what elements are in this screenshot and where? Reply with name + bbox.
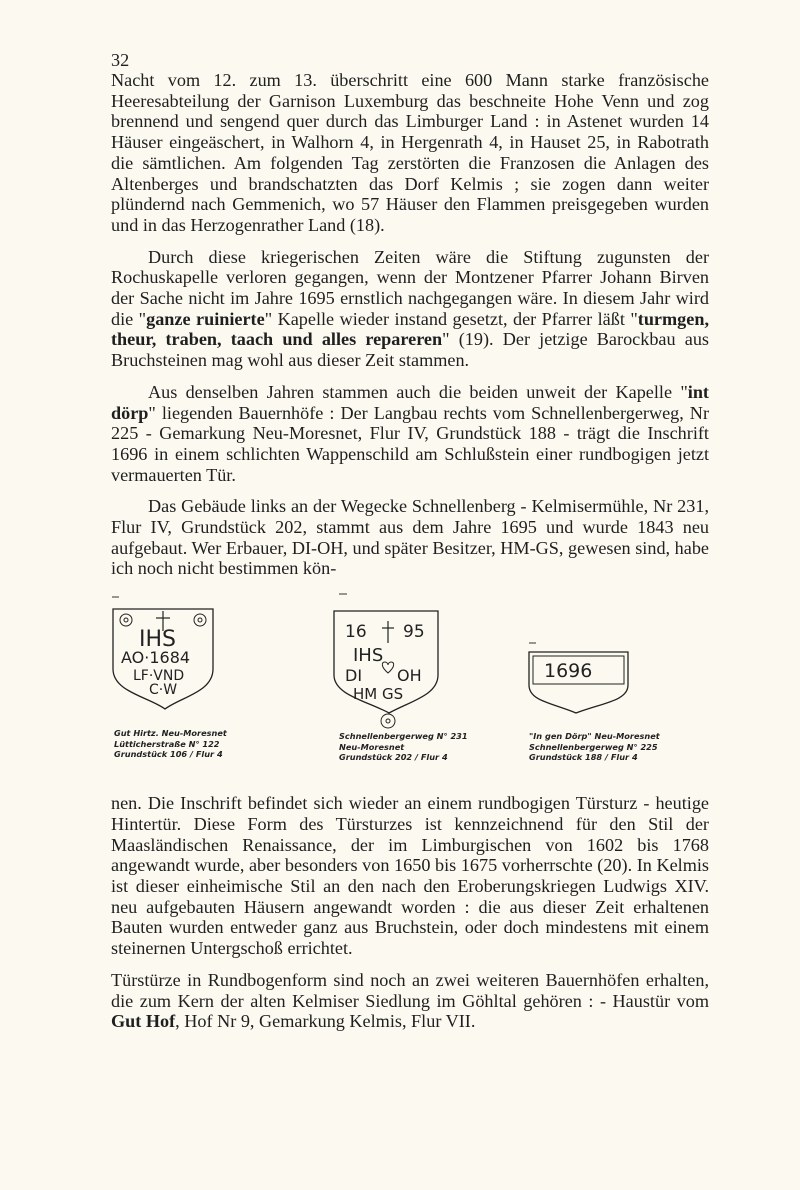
svg-text:16: 16 <box>345 622 367 642</box>
shield-1696: 1696 <box>516 641 626 731</box>
paragraph-rochus-chapel: Durch diese kriegerischen Zeiten wäre di… <box>111 247 709 371</box>
heart-icon <box>382 662 393 673</box>
shield-1684: IHS AO·1684 LF·VND C·W <box>111 597 226 717</box>
paragraph-french-raid: Nacht vom 12. zum 13. überschritt eine 6… <box>111 70 709 236</box>
svg-text:C·W: C·W <box>149 682 177 698</box>
shield-1695-caption: Schnellenbergerweg N° 231 Neu-Moresnet G… <box>339 731 468 763</box>
coat-of-arms-figure: IHS AO·1684 LF·VND C·W Gut Hirtz. Neu-Mo… <box>111 591 709 791</box>
svg-text:OH: OH <box>397 666 422 685</box>
shield-1695: 16 95 IHS DI OH HM GS <box>331 591 451 731</box>
page-number: 32 <box>111 50 709 70</box>
paragraph-inscription-style: nen. Die Inschrift befindet sich wieder … <box>111 793 709 959</box>
cross-icon <box>382 621 394 643</box>
book-page: 32 Nacht vom 12. zum 13. überschritt ein… <box>111 50 709 1032</box>
svg-text:IHS: IHS <box>353 645 383 666</box>
gut-hof-name: Gut Hof <box>111 1011 175 1031</box>
shield-1696-caption: "In gen Dörp" Neu-Moresnet Schnellenberg… <box>529 731 660 763</box>
svg-text:1696: 1696 <box>544 660 592 682</box>
svg-text:HM GS: HM GS <box>353 685 403 703</box>
paragraph-farmhouses: Aus denselben Jahren stammen auch die be… <box>111 382 709 486</box>
svg-text:AO·1684: AO·1684 <box>121 648 190 667</box>
shield-1684-caption: Gut Hirtz. Neu-Moresnet Lütticherstraße … <box>114 728 227 760</box>
quote-ganze-ruinierte: ganze ruinierte <box>146 309 265 329</box>
paragraph-round-arch-lintels: Türstürze in Rundbogenform sind noch an … <box>111 970 709 1032</box>
paragraph-building-left: Das Gebäude links an der Wegecke Schnell… <box>111 496 709 579</box>
svg-text:DI: DI <box>345 666 362 685</box>
svg-text:95: 95 <box>403 622 425 642</box>
rosette-icon <box>381 714 395 728</box>
